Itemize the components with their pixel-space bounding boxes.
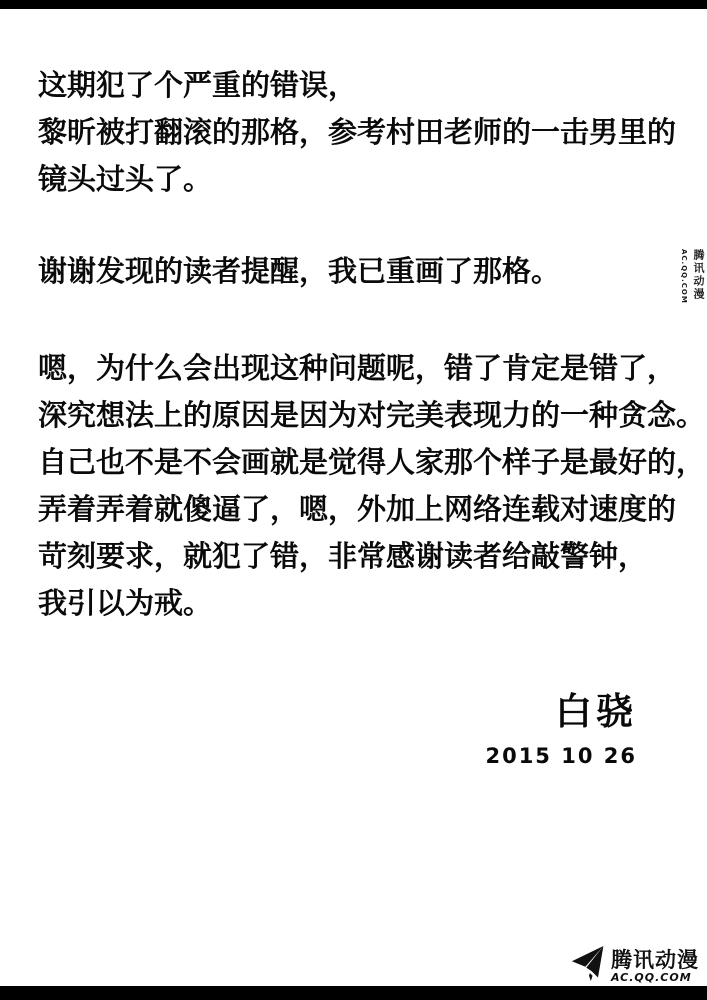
- logo-url-text: AC.QQ.COM: [611, 972, 692, 984]
- text-line: 谢谢发现的读者提醒，我已重画了那格。: [38, 248, 681, 295]
- tencent-comics-logo: 腾讯动漫 AC.QQ.COM: [567, 943, 701, 989]
- bottom-black-border: [0, 986, 707, 1000]
- logo-text-block: 腾讯动漫 AC.QQ.COM: [611, 949, 699, 984]
- author-signature: 白骁: [485, 681, 637, 735]
- paragraph-3: 嗯，为什么会出现这种问题呢，错了肯定是错了， 深究想法上的原因是因为对完美表现力…: [38, 345, 681, 627]
- side-watermark: AC.QQ.COM 腾讯动漫: [680, 249, 706, 304]
- signature-date: 2015 10 26: [485, 744, 637, 768]
- paragraph-1: 这期犯了个严重的错误， 黎昕被打翻滚的那格，参考村田老师的一击男里的 镜头过头了…: [38, 62, 681, 203]
- text-line: 镜头过头了。: [38, 156, 681, 203]
- text-line: 自己也不是不会画就是觉得人家那个样子是最好的，: [38, 439, 681, 486]
- text-line: 深究想法上的原因是因为对完美表现力的一种贪念。: [38, 392, 681, 439]
- text-line: 嗯，为什么会出现这种问题呢，错了肯定是错了，: [38, 345, 681, 392]
- paper-plane-icon: [571, 945, 607, 987]
- top-black-border: [0, 0, 707, 9]
- watermark-url-text: AC.QQ.COM: [680, 249, 688, 304]
- paragraph-2: 谢谢发现的读者提醒，我已重画了那格。: [38, 248, 681, 295]
- signature-block: 白骁 2015 10 26: [485, 681, 637, 768]
- text-line: 这期犯了个严重的错误，: [38, 62, 681, 109]
- note-page: 这期犯了个严重的错误， 黎昕被打翻滚的那格，参考村田老师的一击男里的 镜头过头了…: [0, 0, 707, 1000]
- text-line: 我引以为戒。: [38, 580, 681, 627]
- text-line: 弄着弄着就傻逼了，嗯，外加上网络连载对速度的: [38, 486, 681, 533]
- text-line: 黎昕被打翻滚的那格，参考村田老师的一击男里的: [38, 109, 681, 156]
- logo-brand-name: 腾讯动漫: [611, 949, 699, 971]
- text-line: 苛刻要求，就犯了错，非常感谢读者给敲警钟，: [38, 533, 681, 580]
- watermark-brand-text: 腾讯动漫: [690, 249, 706, 301]
